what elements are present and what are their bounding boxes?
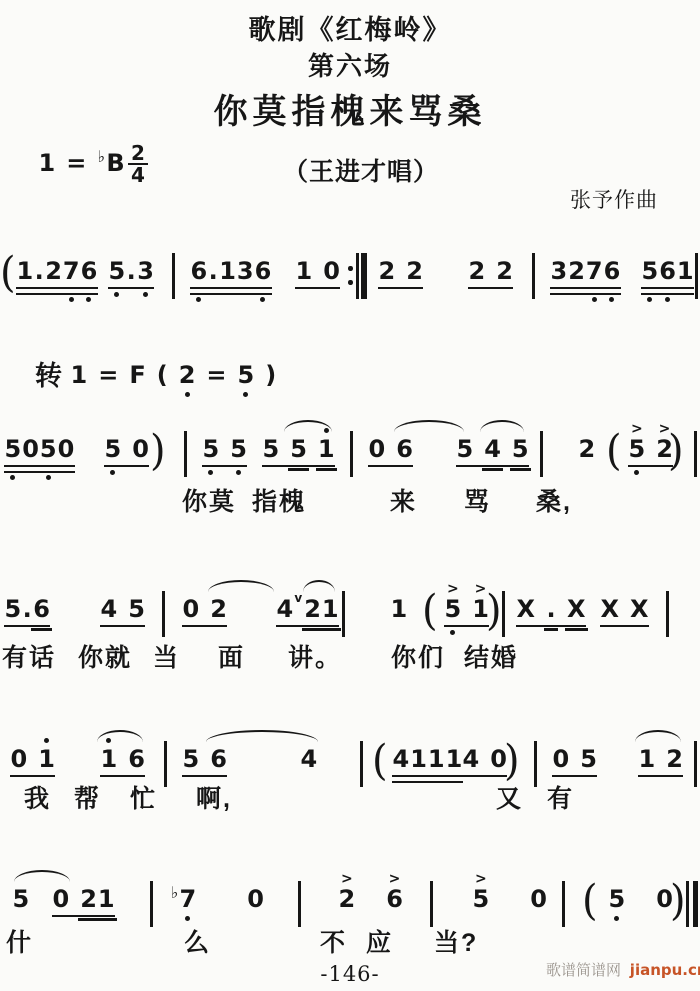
sheet-music-page: 歌剧《红梅岭》 第六场 你莫指槐来骂桑 （王进才唱） 张予作曲 1=♭B24(1… (0, 0, 700, 991)
barline (540, 431, 543, 477)
note-char: 5 (609, 886, 626, 912)
watermark-site-name: 歌谱简谱网 (546, 961, 621, 979)
parenthesis: ( (422, 586, 438, 636)
note-char: . (546, 596, 556, 622)
note-group: 52 (628, 436, 673, 467)
note-char: . (34, 258, 44, 284)
note-char: 4 (393, 746, 410, 772)
note-group: XX (600, 596, 649, 627)
note-char: 2 (210, 596, 227, 622)
lyric-syllable: 结婚 (464, 643, 518, 673)
note-char: 2 (379, 258, 396, 284)
note-char: 1 (98, 886, 115, 912)
note-char: 7 (63, 258, 80, 284)
note-char: 1 (446, 746, 463, 772)
note-char: 0 (553, 746, 570, 772)
note-group: 01 (10, 746, 55, 777)
music-line-1: 1=♭B24 (0, 150, 700, 220)
note-char: X (567, 596, 586, 622)
lyric-syllable: 指槐 (252, 487, 306, 517)
barline (534, 741, 537, 787)
note-char: 0 (323, 258, 340, 284)
note-group: 06 (368, 436, 413, 467)
note-char: 4 (101, 596, 118, 622)
note-char: 5 (580, 746, 597, 772)
note-group: 22 (468, 258, 513, 289)
song-title: 你莫指槐来骂桑 (0, 84, 700, 133)
note-group: 5.6 (4, 596, 50, 627)
slur-arc (208, 580, 274, 592)
note-char: 1 (296, 258, 313, 284)
note-char: 6 (191, 258, 208, 284)
note-char: 2 (179, 362, 196, 388)
note-char: 5 (5, 596, 22, 622)
lyric-syllable: 你就 (78, 643, 132, 673)
barline (694, 741, 697, 787)
opera-title: 歌剧《红梅岭》 (0, 8, 700, 47)
note-char: ( (157, 362, 168, 388)
note-char: 5 (203, 436, 220, 462)
note-char: 6 (210, 746, 227, 772)
final-barline (686, 881, 700, 927)
lyric-syllable: 又 (496, 784, 523, 814)
barline (562, 881, 565, 927)
note-char: 1 (17, 258, 34, 284)
note-group: 5 (12, 886, 30, 915)
note-char: . (208, 258, 218, 284)
note-char: 6 (128, 746, 145, 772)
music-line-2: (1.2765.36.1361022223276561 (0, 258, 700, 328)
note-char: 0 (53, 886, 70, 912)
note-char: 0 (58, 436, 75, 462)
barline (695, 253, 698, 299)
note-char: 2 (568, 258, 585, 284)
barline (430, 881, 433, 927)
watermark-url: jianpu.cn (630, 961, 700, 979)
note-char: 5 (642, 258, 659, 284)
note-char: 0 (22, 436, 39, 462)
lyric-syllable: 么 (184, 928, 211, 958)
note-char: 5 (5, 436, 22, 462)
note-group: 16 (100, 746, 145, 777)
note-char: ♭ (97, 144, 105, 170)
note-group: 10 (295, 258, 340, 289)
note-char: 5 (457, 436, 474, 462)
barline (342, 591, 345, 637)
note-group: 50 (472, 886, 547, 915)
note-char: 5 (473, 886, 490, 912)
note-char: 5 (445, 596, 462, 622)
note-group: 45 (100, 596, 145, 627)
note-group: 545 (456, 436, 529, 467)
note-group: 26 (338, 886, 403, 915)
note-char: 6 (255, 258, 272, 284)
note-char: 6 (81, 258, 98, 284)
note-group: 021 (52, 886, 115, 917)
barline (164, 741, 167, 787)
note-group: 1 (390, 596, 408, 625)
note-char: 2 (469, 258, 486, 284)
lyric-syllable: 来 (390, 487, 417, 517)
note-char: . (22, 596, 32, 622)
note-char: F (129, 362, 145, 388)
note-char: 5 (230, 436, 247, 462)
note-group: 05 (552, 746, 597, 777)
note-char: 1 (322, 596, 339, 622)
lyric-syllable: 忙 (130, 784, 157, 814)
note-char: 5 (263, 436, 280, 462)
note-char: = (66, 150, 86, 176)
music-line-6: 0116564(411140)0512 (0, 746, 700, 816)
barline (532, 253, 535, 299)
note-char: 1 (391, 596, 408, 622)
note-group: ♭70 (170, 886, 264, 915)
note-char: 5 (105, 436, 122, 462)
note-char: 2 (406, 258, 423, 284)
note-group: 2 (578, 436, 596, 465)
note-group: 5050 (4, 436, 75, 467)
parenthesis: ) (670, 876, 686, 926)
note-char: 5 (183, 746, 200, 772)
note-char: 7 (180, 886, 197, 912)
note-char: 0 (183, 596, 200, 622)
lyric-syllable: 什 (6, 928, 33, 958)
slur-arc (635, 730, 681, 742)
lyric-syllable: 你莫 (182, 487, 236, 517)
note-char: 1 (428, 746, 445, 772)
note-char: 3 (551, 258, 568, 284)
barline (162, 591, 165, 637)
note-char: = (206, 362, 226, 388)
note-char: 0 (11, 746, 28, 772)
note-char: . (126, 258, 136, 284)
modulation-label: 转 (35, 362, 62, 392)
note-char: 5 (40, 436, 57, 462)
note-char: 7 (586, 258, 603, 284)
note-char: 1 (101, 746, 118, 772)
note-char: 1 (410, 746, 427, 772)
note-group: 561 (641, 258, 694, 289)
lyric-syllable: 帮 (74, 784, 101, 814)
repeat-sign (348, 253, 366, 299)
note-char: 5 (629, 436, 646, 462)
note-char: X (630, 596, 649, 622)
note-group: 50 (608, 886, 673, 915)
parenthesis: ( (0, 248, 16, 298)
note-char: 1 (38, 746, 55, 772)
note-char: 2 (666, 746, 683, 772)
note-char: 4 (277, 596, 294, 622)
music-line-7: 5021♭702650(50) (0, 886, 700, 956)
music-line-3: 转1=F(2=5) (0, 362, 700, 432)
note-char: = (98, 362, 118, 388)
barline (172, 253, 175, 299)
note-char: 4 (484, 436, 501, 462)
note-char: 0 (530, 886, 547, 912)
slur-arc (97, 730, 143, 742)
note-group: X.X (516, 596, 586, 627)
note-group: 4 (300, 746, 318, 775)
lyric-syllable: 当 (153, 643, 180, 673)
note-char: 1 (39, 150, 56, 176)
lyric-syllable: 当? (434, 928, 478, 958)
parenthesis: ( (606, 426, 622, 476)
note-char: 6 (604, 258, 621, 284)
slur-arc (206, 730, 318, 742)
lyric-syllable: 不 (320, 928, 347, 958)
note-char: 6 (396, 436, 413, 462)
note-char: 1 (219, 258, 236, 284)
note-group: 12 (638, 746, 683, 777)
note-group: 551 (262, 436, 335, 467)
note-char: 5 (13, 886, 30, 912)
parenthesis: ) (486, 586, 502, 636)
note-group: 50 (104, 436, 149, 467)
note-group: 51 (444, 596, 489, 627)
barline (150, 881, 153, 927)
lyric-syllable: 面 (218, 643, 245, 673)
lyric-syllable: 啊, (196, 784, 232, 814)
barline (184, 431, 187, 477)
note-char: 2 (579, 436, 596, 462)
note-char: 5 (238, 362, 255, 388)
barline (298, 881, 301, 927)
lyric-syllable: 我 (24, 784, 51, 814)
lyric-syllable: 骂 (464, 487, 491, 517)
note-group: 55 (202, 436, 247, 467)
note-group: 421 (276, 596, 339, 627)
note-char: 5 (128, 596, 145, 622)
note-char: 4 (301, 746, 318, 772)
note-group: 56 (182, 746, 227, 777)
note-char: 1 (71, 362, 88, 388)
note-char: ) (265, 362, 276, 388)
lyric-syllable: 有话 (2, 643, 56, 673)
note-char: 0 (369, 436, 386, 462)
note-char: 6 (659, 258, 676, 284)
parenthesis: ) (504, 736, 520, 786)
note-group: 3276 (550, 258, 621, 289)
slur-arc (14, 870, 70, 882)
note-char: 5 (290, 436, 307, 462)
barline (694, 431, 697, 477)
note-group: 22 (378, 258, 423, 289)
note-char: 0 (132, 436, 149, 462)
lyric-syllable: 桑, (536, 487, 572, 517)
note-char: 2 (45, 258, 62, 284)
parenthesis: ) (150, 426, 166, 476)
lyric-syllable: 有 (547, 784, 574, 814)
music-line-4: 505050)55551065452(52) (0, 436, 700, 506)
scene-title: 第六场 (0, 46, 700, 83)
time-signature: 24 (128, 143, 148, 185)
note-char: X (517, 596, 536, 622)
note-char: X (601, 596, 620, 622)
note-group: 4111 (392, 746, 463, 777)
note-group: 1=♭B (38, 150, 125, 179)
note-char: 1 (639, 746, 656, 772)
lyric-syllable: 你们 (391, 643, 445, 673)
note-char: 3 (137, 258, 154, 284)
barline (666, 591, 669, 637)
barline (350, 431, 353, 477)
slur-arc (303, 580, 335, 592)
note-char: 2 (339, 886, 356, 912)
note-char: ♭ (171, 880, 179, 906)
note-char: 5 (109, 258, 126, 284)
note-char: 3 (237, 258, 254, 284)
barline (360, 741, 363, 787)
note-char: 1 (677, 258, 694, 284)
note-char: 0 (247, 886, 264, 912)
lyric-syllable: 应 (366, 928, 393, 958)
note-char: 4 (463, 746, 480, 772)
note-char: 2 (304, 596, 321, 622)
parenthesis: ( (372, 736, 388, 786)
note-group: 6.136 (190, 258, 272, 289)
note-group: 40 (462, 746, 507, 777)
note-char: B (106, 150, 124, 176)
note-group: 5.3 (108, 258, 154, 289)
note-char: 6 (386, 886, 403, 912)
note-char: 2 (80, 886, 97, 912)
parenthesis: ( (582, 876, 598, 926)
note-char: 1 (318, 436, 335, 462)
note-group: 1=F(2=5) (70, 362, 277, 391)
note-group: 1.276 (16, 258, 98, 289)
parenthesis: ) (668, 426, 684, 476)
lyric-syllable: 讲。 (288, 643, 342, 673)
note-char: 6 (33, 596, 50, 622)
note-char: 5 (512, 436, 529, 462)
note-group: 02 (182, 596, 227, 627)
note-char: 2 (496, 258, 513, 284)
watermark: 歌谱简谱网 jianpu.cn (546, 959, 700, 980)
barline (502, 591, 505, 637)
